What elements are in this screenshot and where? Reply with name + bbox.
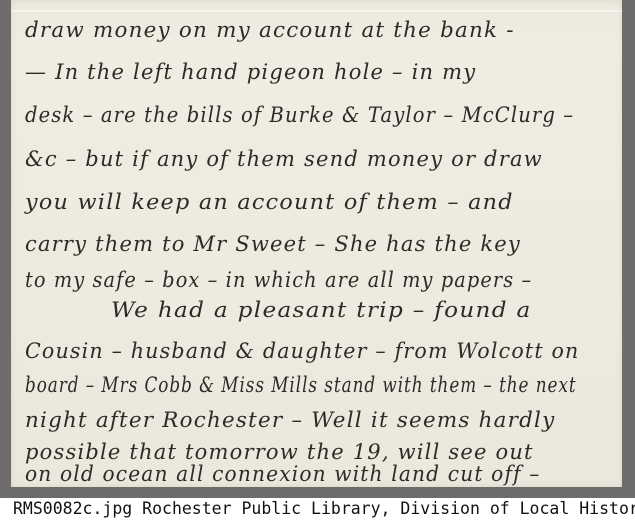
handwritten-line-11: night after Rochester – Well it seems ha… [25,408,555,432]
handwritten-line-9: Cousin – husband & daughter – from Wolco… [25,339,579,363]
handwritten-line-8: We had a pleasant trip – found a [111,298,532,322]
handwritten-line-12: possible that tomorrow the 19, will see … [25,440,534,464]
letter-page: draw money on my account at the bank - —… [11,0,622,487]
handwritten-line-1: draw money on my account at the bank - [25,18,515,42]
handwritten-line-3: desk – are the bills of Burke & Taylor –… [25,103,574,127]
handwritten-line-6: carry them to Mr Sweet – She has the key [25,232,521,256]
handwritten-line-7: to my safe – box – in which are all my p… [25,268,532,292]
handwritten-line-2: — In the left hand pigeon hole – in my [25,60,476,84]
handwritten-line-5: you will keep an account of them – and [25,190,514,214]
scan-mat-background: draw money on my account at the bank - —… [0,0,635,498]
handwritten-line-13: on old ocean all connexion with land cut… [25,462,540,486]
image-caption: RMS0082c.jpg Rochester Public Library, D… [13,499,635,519]
handwritten-line-4: &c – but if any of them send money or dr… [25,147,543,171]
handwritten-line-10: board – Mrs Cobb & Miss Mills stand with… [25,373,577,397]
paper-fold-line [11,10,622,12]
